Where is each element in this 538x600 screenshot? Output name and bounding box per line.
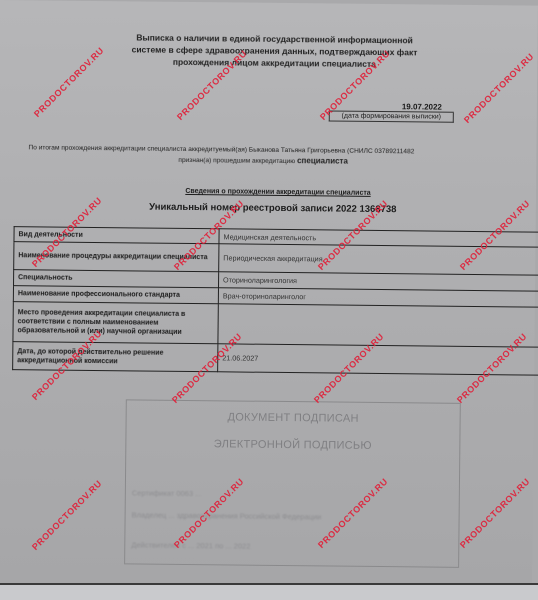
- summary-line-1: По итогам прохождения аккредитации специ…: [28, 144, 414, 155]
- accreditation-table: Вид деятельности Медицинская деятельност…: [12, 226, 538, 376]
- row-key: Дата, до которой действительно решение а…: [13, 342, 218, 372]
- stamp-title-line-1: ДОКУМЕНТ ПОДПИСАН: [127, 410, 460, 425]
- statement-date-block: 19.07.2022 (дата формирования выписки): [329, 101, 454, 122]
- stamp-validity-line: Действителен с ... 2021 по ... 2022: [131, 540, 250, 550]
- stamp-owner-line: Владелец ... здравоохранения Российской …: [132, 510, 322, 521]
- summary-line-2: признан(а) прошедшим аккредитацию специа…: [28, 153, 538, 169]
- background-surface: [0, 583, 538, 600]
- row-value: Периодическая аккредитация: [219, 244, 538, 275]
- summary-line-2-text: признан(а) прошедшим аккредитацию: [178, 157, 295, 165]
- summary-line-2-bold: специалиста: [297, 156, 348, 166]
- row-key: Место проведения аккредитации специалист…: [13, 302, 218, 344]
- section-title: Сведения о прохождении аккредитации спец…: [158, 188, 398, 198]
- document-header: Выписка о наличии в единой государственн…: [99, 31, 449, 71]
- accreditation-summary: По итогам прохождения аккредитации специ…: [28, 143, 538, 169]
- stamp-title-line-2: ЭЛЕКТРОННОЙ ПОДПИСЬЮ: [126, 437, 459, 452]
- stamp-certificate-line: Сертификат 0063 ...: [132, 488, 202, 498]
- statement-date-caption: (дата формирования выписки): [329, 111, 454, 122]
